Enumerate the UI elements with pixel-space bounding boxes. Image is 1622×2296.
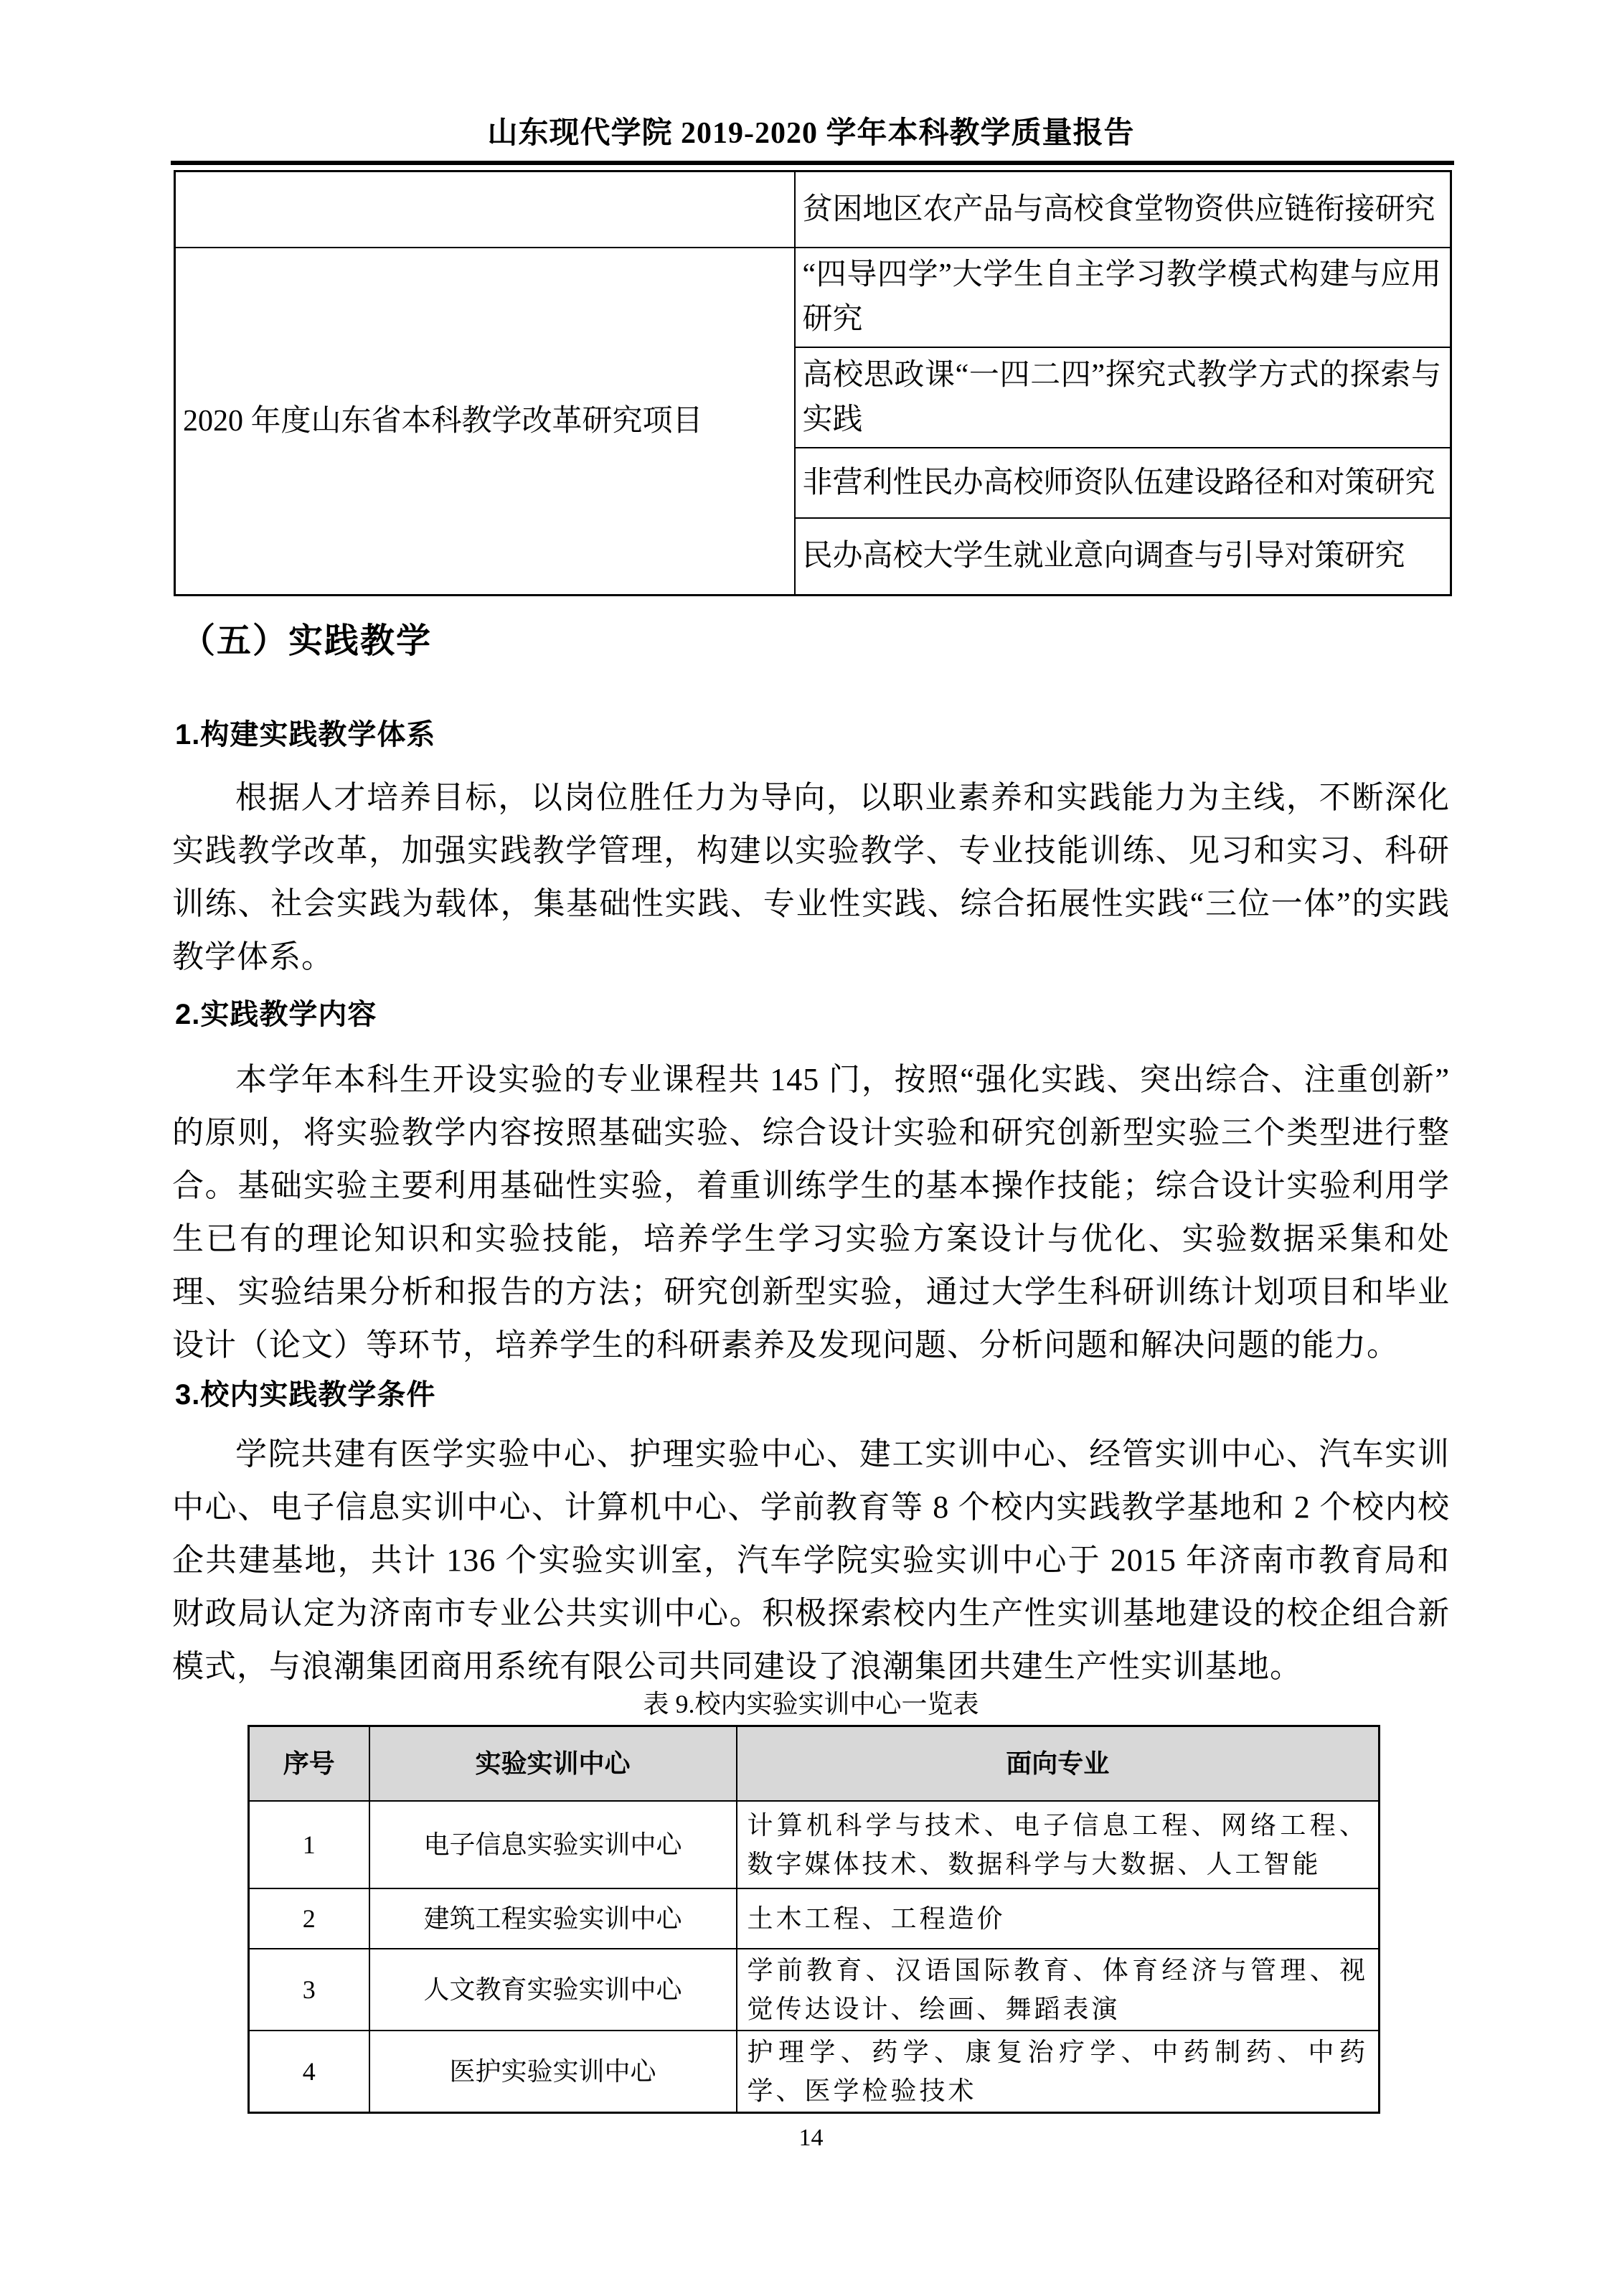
paragraph-campus-conditions: 学院共建有医学实验中心、护理实验中心、建工实训中心、经管实训中心、汽车实训中心、… [172, 1428, 1450, 1693]
table-row: 1 电子信息实验实训中心 计算机科学与技术、电子信息工程、网络工程、数字媒体技术… [249, 1801, 1380, 1888]
table-header-row: 序号 实验实训中心 面向专业 [249, 1726, 1380, 1801]
column-header-majors: 面向专业 [737, 1726, 1380, 1801]
page-number: 14 [0, 2122, 1622, 2154]
subsection-heading-3: 3.校内实践教学条件 [175, 1378, 435, 1412]
table-row: 2020 年度山东省本科教学改革研究项目 “四导四学”大学生自主学习教学模式构建… [175, 248, 1451, 347]
project-topic-cell: 贫困地区农产品与高校食堂物资供应链衔接研究 [795, 171, 1451, 248]
table9-caption: 表 9.校内实验实训中心一览表 [0, 1688, 1622, 1721]
project-topic-cell: 民办高校大学生就业意向调查与引导对策研究 [795, 518, 1451, 596]
majors-cell: 护理学、药学、康复治疗学、中药制药、中药学、医学检验技术 [737, 2031, 1380, 2113]
project-category-cell-empty [175, 171, 795, 248]
report-header-title: 山东现代学院 2019-2020 学年本科教学质量报告 [0, 115, 1622, 152]
majors-cell: 土木工程、工程造价 [737, 1888, 1380, 1949]
index-cell: 3 [249, 1949, 369, 2031]
project-topic-cell: “四导四学”大学生自主学习教学模式构建与应用研究 [795, 248, 1451, 347]
paragraph-practice-system: 根据人才培养目标，以岗位胜任力为导向，以职业素养和实践能力为主线，不断深化实践教… [172, 771, 1450, 984]
table-row: 2 建筑工程实验实训中心 土木工程、工程造价 [249, 1888, 1380, 1949]
column-header-center-name: 实验实训中心 [369, 1726, 737, 1801]
training-centers-table: 序号 实验实训中心 面向专业 1 电子信息实验实训中心 计算机科学与技术、电子信… [247, 1725, 1380, 2114]
index-cell: 1 [249, 1801, 369, 1888]
index-cell: 4 [249, 2031, 369, 2113]
project-category-cell: 2020 年度山东省本科教学改革研究项目 [175, 248, 795, 596]
center-name-cell: 医护实验实训中心 [369, 2031, 737, 2113]
table-row: 贫困地区农产品与高校食堂物资供应链衔接研究 [175, 171, 1451, 248]
column-header-index: 序号 [249, 1726, 369, 1801]
project-topic-cell: 非营利性民办高校师资队伍建设路径和对策研究 [795, 448, 1451, 518]
majors-cell: 计算机科学与技术、电子信息工程、网络工程、数字媒体技术、数据科学与大数据、人工智… [737, 1801, 1380, 1888]
subsection-heading-1: 1.构建实践教学体系 [175, 717, 435, 752]
project-topic-cell: 高校思政课“一四二四”探究式教学方式的探索与实践 [795, 347, 1451, 448]
table-row: 3 人文教育实验实训中心 学前教育、汉语国际教育、体育经济与管理、视觉传达设计、… [249, 1949, 1380, 2031]
center-name-cell: 建筑工程实验实训中心 [369, 1888, 737, 1949]
subsection-heading-2: 2.实践教学内容 [175, 997, 377, 1032]
center-name-cell: 人文教育实验实训中心 [369, 1949, 737, 2031]
paragraph-practice-content: 本学年本科生开设实验的专业课程共 145 门，按照“强化实践、突出综合、注重创新… [172, 1053, 1450, 1372]
index-cell: 2 [249, 1888, 369, 1949]
table-row: 4 医护实验实训中心 护理学、药学、康复治疗学、中药制药、中药学、医学检验技术 [249, 2031, 1380, 2113]
section-heading-practice-teaching: （五）实践教学 [181, 621, 432, 662]
majors-cell: 学前教育、汉语国际教育、体育经济与管理、视觉传达设计、绘画、舞蹈表演 [737, 1949, 1380, 2031]
document-page: 山东现代学院 2019-2020 学年本科教学质量报告 贫困地区农产品与高校食堂… [0, 0, 1622, 2296]
teaching-reform-projects-table: 贫困地区农产品与高校食堂物资供应链衔接研究 2020 年度山东省本科教学改革研究… [174, 170, 1452, 596]
center-name-cell: 电子信息实验实训中心 [369, 1801, 737, 1888]
header-rule [171, 161, 1454, 165]
